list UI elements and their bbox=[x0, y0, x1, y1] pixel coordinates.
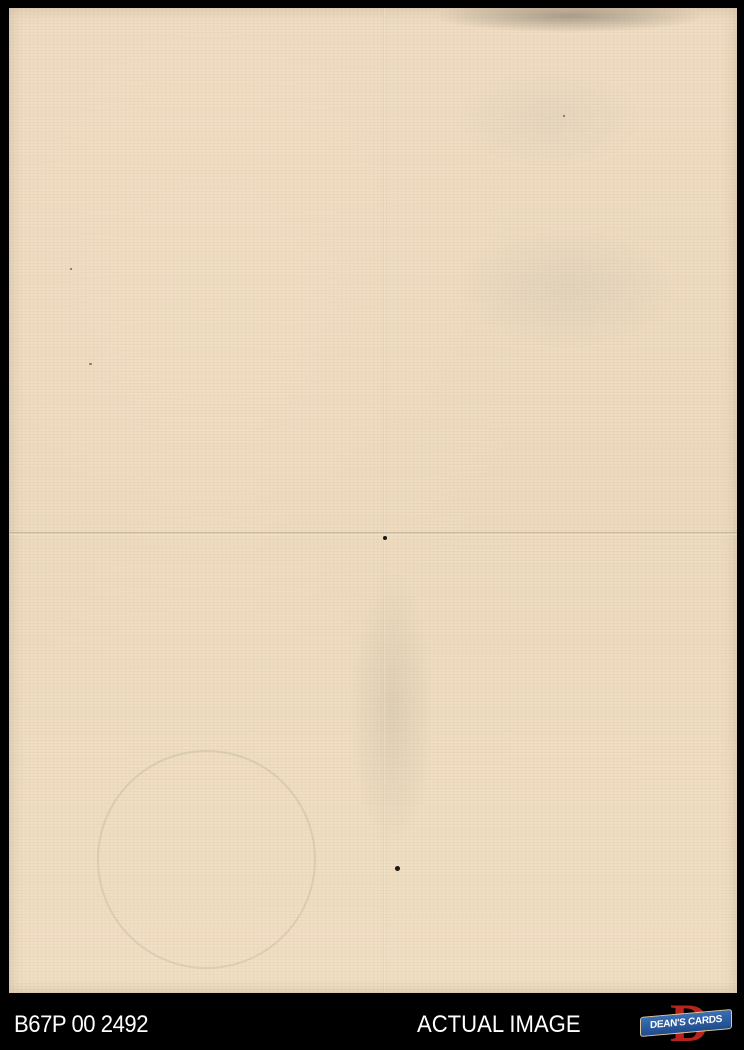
faint-circle-showthrough bbox=[97, 750, 316, 969]
dirt-speck bbox=[70, 268, 72, 270]
footer-bar: B67P 00 2492 ACTUAL IMAGE D DEAN'S CARDS bbox=[0, 994, 744, 1050]
dirt-speck bbox=[563, 115, 565, 117]
pinhole-speck bbox=[395, 866, 400, 871]
actual-image-label: ACTUAL IMAGE bbox=[417, 1011, 581, 1039]
vertical-fold-crease bbox=[383, 8, 387, 993]
card-back-paper bbox=[9, 8, 737, 993]
pinhole-speck bbox=[383, 536, 387, 540]
item-id: B67P 00 2492 bbox=[14, 1011, 148, 1039]
deans-cards-logo-icon: D DEAN'S CARDS bbox=[638, 998, 734, 1048]
logo-banner: DEAN'S CARDS bbox=[640, 1009, 732, 1037]
dirt-speck bbox=[89, 363, 92, 365]
horizontal-fold-crease bbox=[9, 532, 737, 535]
